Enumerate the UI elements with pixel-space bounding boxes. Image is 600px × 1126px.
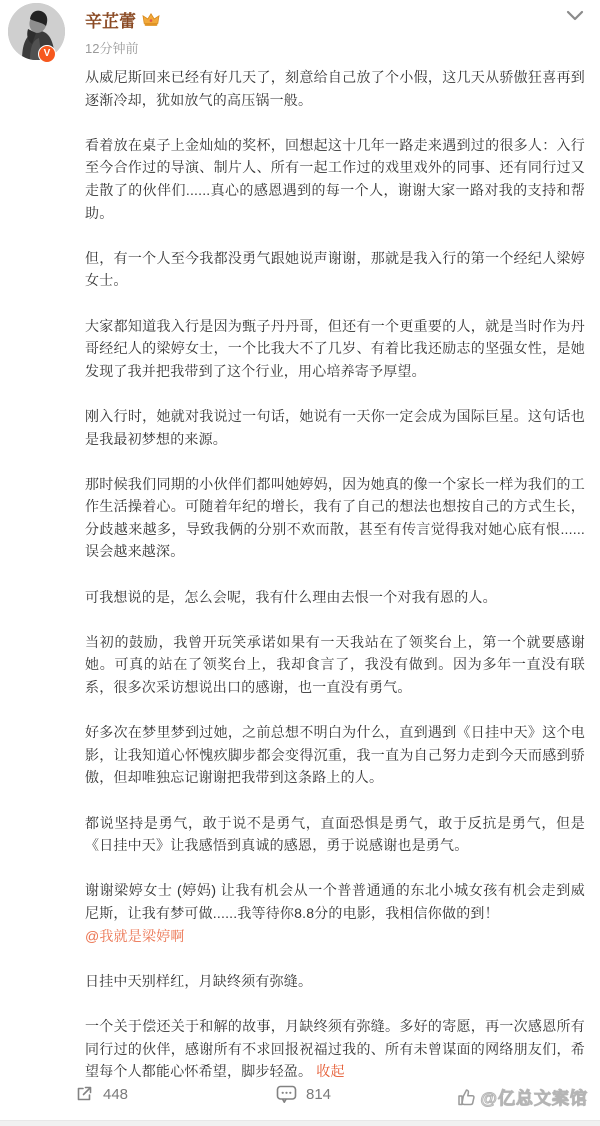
timestamp: 12分钟前 bbox=[85, 38, 160, 57]
post-paragraph: 刚入行时，她就对我说过一句话，她说有一天你一定会成为国际巨星。这句话也是我最初梦… bbox=[85, 405, 585, 450]
post-header: V 辛芷蕾 12分钟前 bbox=[0, 0, 600, 58]
action-bar: 448 814 @亿总文案馆 bbox=[0, 1084, 600, 1118]
post-paragraph: 可我想说的是，怎么会呢，我有什么理由去恨一个对我有恩的人。 bbox=[85, 586, 585, 609]
card-divider bbox=[0, 1120, 600, 1126]
post-paragraph: 但，有一个人至今我都没勇气跟她说声谢谢，那就是我入行的第一个经纪人梁婷女士。 bbox=[85, 247, 585, 292]
verified-badge-icon: V bbox=[38, 45, 56, 63]
paragraph-text: 好多次在梦里梦到过她，之前总想不明白为什么，直到遇到《日挂中天》这个电影，让我知… bbox=[85, 724, 585, 785]
comment-icon bbox=[276, 1084, 297, 1104]
username[interactable]: 辛芷蕾 bbox=[85, 7, 136, 32]
paragraph-text: 都说坚持是勇气，敢于说不是勇气，直面恐惧是勇气，敢于反抗是勇气，但是《日挂中天》… bbox=[85, 815, 585, 854]
post-paragraph: 从威尼斯回来已经有好几天了，刻意给自己放了个小假，这几天从骄傲狂喜再到逐渐冷却，… bbox=[85, 66, 585, 111]
paragraph-text: 看着放在桌子上金灿灿的奖杯，回想起这十几年一路走来遇到过的很多人：入行至今合作过… bbox=[85, 137, 585, 221]
paragraph-text: 日挂中天别样红，月缺终须有弥缝。 bbox=[85, 973, 312, 989]
paragraph-text: 从威尼斯回来已经有好几天了，刻意给自己放了个小假，这几天从骄傲狂喜再到逐渐冷却，… bbox=[85, 69, 585, 108]
post-paragraph: 好多次在梦里梦到过她，之前总想不明白为什么，直到遇到《日挂中天》这个电影，让我知… bbox=[85, 721, 585, 789]
share-icon bbox=[74, 1084, 94, 1104]
paragraph-text: 但，有一个人至今我都没勇气跟她说声谢谢，那就是我入行的第一个经纪人梁婷女士。 bbox=[85, 250, 585, 289]
thumbs-up-icon bbox=[456, 1087, 477, 1107]
paragraph-text: 可我想说的是，怎么会呢，我有什么理由去恨一个对我有恩的人。 bbox=[85, 589, 497, 605]
avatar-portrait bbox=[8, 3, 65, 60]
comment-count: 814 bbox=[306, 1086, 331, 1103]
post-paragraph: 都说坚持是勇气，敢于说不是勇气，直面恐惧是勇气，敢于反抗是勇气，但是《日挂中天》… bbox=[85, 812, 585, 857]
collapse-link[interactable]: 收起 bbox=[312, 1063, 345, 1079]
post-paragraph: 日挂中天别样红，月缺终须有弥缝。 bbox=[85, 970, 585, 993]
paragraph-text: 谢谢梁婷女士 (婷妈) 让我有机会从一个普普通通的东北小城女孩有机会走到威尼斯，… bbox=[85, 882, 585, 921]
post-content: 从威尼斯回来已经有好几天了，刻意给自己放了个小假，这几天从骄傲狂喜再到逐渐冷却，… bbox=[85, 66, 585, 1083]
avatar[interactable] bbox=[8, 3, 65, 60]
paragraph-text: 大家都知道我入行是因为甄子丹丹哥，但还有一个更重要的人，就是当时作为丹哥经纪人的… bbox=[85, 318, 585, 379]
comment-button[interactable]: 814 bbox=[276, 1084, 331, 1104]
watermark: @亿总文案馆 bbox=[480, 1084, 588, 1109]
paragraph-text: 那时候我们同期的小伙伴们都叫她婷妈，因为她真的像一个家长一样为我们的工作生活操着… bbox=[85, 476, 585, 560]
paragraph-text: 刚入行时，她就对我说过一句话，她说有一天你一定会成为国际巨星。这句话也是我最初梦… bbox=[85, 408, 585, 447]
share-button[interactable]: 448 bbox=[74, 1084, 128, 1104]
crown-icon bbox=[142, 12, 160, 27]
like-button[interactable]: @亿总文案馆 bbox=[456, 1084, 588, 1109]
share-count: 448 bbox=[103, 1086, 128, 1103]
mention-link[interactable]: @我就是梁婷啊 bbox=[85, 925, 585, 948]
chevron-down-icon[interactable] bbox=[566, 10, 584, 22]
post-paragraph: 看着放在桌子上金灿灿的奖杯，回想起这十几年一路走来遇到过的很多人：入行至今合作过… bbox=[85, 134, 585, 224]
post-paragraph: 谢谢梁婷女士 (婷妈) 让我有机会从一个普普通通的东北小城女孩有机会走到威尼斯，… bbox=[85, 879, 585, 947]
post-paragraph: 当初的鼓励，我曾开玩笑承诺如果有一天我站在了领奖台上，第一个就要感谢她。可真的站… bbox=[85, 631, 585, 699]
paragraph-text: 当初的鼓励，我曾开玩笑承诺如果有一天我站在了领奖台上，第一个就要感谢她。可真的站… bbox=[85, 634, 585, 695]
post-paragraph: 那时候我们同期的小伙伴们都叫她婷妈，因为她真的像一个家长一样为我们的工作生活操着… bbox=[85, 473, 585, 563]
post-paragraph: 大家都知道我入行是因为甄子丹丹哥，但还有一个更重要的人，就是当时作为丹哥经纪人的… bbox=[85, 315, 585, 383]
post-paragraph: 一个关于偿还关于和解的故事，月缺终须有弥缝。多好的寄愿，再一次感恩所有同行过的伙… bbox=[85, 1015, 585, 1083]
